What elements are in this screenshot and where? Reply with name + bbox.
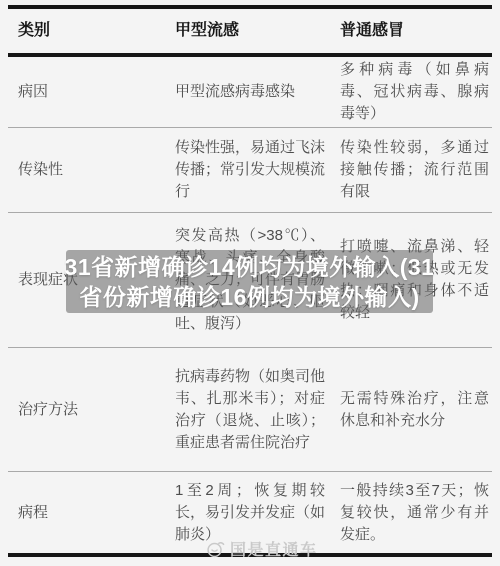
duration-category-cell: 病程 — [8, 472, 175, 553]
contagiousness-category-cell: 传染性 — [8, 128, 175, 212]
header-category-label: 类别 — [18, 20, 175, 42]
treatment-category-label: 治疗方法 — [18, 399, 175, 421]
header-cell-cold: 普通感冒 — [340, 9, 492, 53]
table-row-contagiousness: 传染性 传染性强，易通过飞沫传播；常引发大规模流行 传染性较弱，多通过接触传播；… — [8, 128, 492, 213]
treatment-flu-cell: 抗病毒药物（如奥司他韦、扎那米韦）；对症治疗（退烧、止咳）；重症患者需住院治疗 — [175, 348, 340, 471]
flu-vs-cold-infographic: 类别 甲型流感 普通感冒 病因 甲型流感病毒感染 多种病毒（如鼻病毒、冠状病毒、… — [0, 0, 500, 566]
treatment-cold-cell: 无需特殊治疗，注意休息和补充水分 — [340, 348, 492, 471]
table-header-row: 类别 甲型流感 普通感冒 — [8, 5, 492, 57]
duration-cold-cell: 一般持续3至7天；恢复较快，通常少有并发症。 — [340, 472, 492, 553]
header-flu-label: 甲型流感 — [175, 20, 325, 42]
watermark: 国是直通车 — [206, 537, 318, 560]
contagiousness-cold-text: 传染性较弱，多通过接触传播；流行范围有限 — [340, 137, 489, 203]
cause-cold-text: 多种病毒（如鼻病毒、冠状病毒、腺病毒等） — [340, 59, 489, 125]
duration-cold-text: 一般持续3至7天；恢复较快，通常少有并发症。 — [340, 480, 489, 546]
duration-flu-text: 1至2周；恢复期较长，易引发并发症（如肺炎） — [175, 480, 325, 546]
contagiousness-category-label: 传染性 — [18, 159, 175, 181]
header-cell-flu: 甲型流感 — [175, 9, 340, 53]
headline-line-1: 31省新增确诊14例均为境外输入(31 — [65, 252, 435, 282]
treatment-cold-text: 无需特殊治疗，注意休息和补充水分 — [340, 388, 489, 432]
cause-cold-cell: 多种病毒（如鼻病毒、冠状病毒、腺病毒等） — [340, 57, 492, 127]
duration-category-label: 病程 — [18, 502, 175, 524]
table-row-cause: 病因 甲型流感病毒感染 多种病毒（如鼻病毒、冠状病毒、腺病毒等） — [8, 57, 492, 128]
cause-category-label: 病因 — [18, 81, 175, 103]
weibo-eye-icon — [206, 539, 225, 558]
table-row-treatment: 治疗方法 抗病毒药物（如奥司他韦、扎那米韦）；对症治疗（退烧、止咳）；重症患者需… — [8, 348, 492, 472]
headline-line-2: 省份新增确诊16例均为境外输入) — [79, 282, 419, 312]
watermark-label: 国是直通车 — [230, 537, 318, 560]
news-headline-overlay: 31省新增确诊14例均为境外输入(31 省份新增确诊16例均为境外输入) — [66, 250, 433, 313]
cause-category-cell: 病因 — [8, 57, 175, 127]
header-cell-category: 类别 — [8, 9, 175, 53]
cause-flu-cell: 甲型流感病毒感染 — [175, 57, 340, 127]
contagiousness-cold-cell: 传染性较弱，多通过接触传播；流行范围有限 — [340, 128, 492, 212]
treatment-flu-text: 抗病毒药物（如奥司他韦、扎那米韦）；对症治疗（退烧、止咳）；重症患者需住院治疗 — [175, 366, 325, 454]
header-cold-label: 普通感冒 — [340, 20, 489, 42]
cause-flu-text: 甲型流感病毒感染 — [175, 81, 325, 103]
treatment-category-cell: 治疗方法 — [8, 348, 175, 471]
contagiousness-flu-text: 传染性强，易通过飞沫传播；常引发大规模流行 — [175, 137, 325, 203]
contagiousness-flu-cell: 传染性强，易通过飞沫传播；常引发大规模流行 — [175, 128, 340, 212]
